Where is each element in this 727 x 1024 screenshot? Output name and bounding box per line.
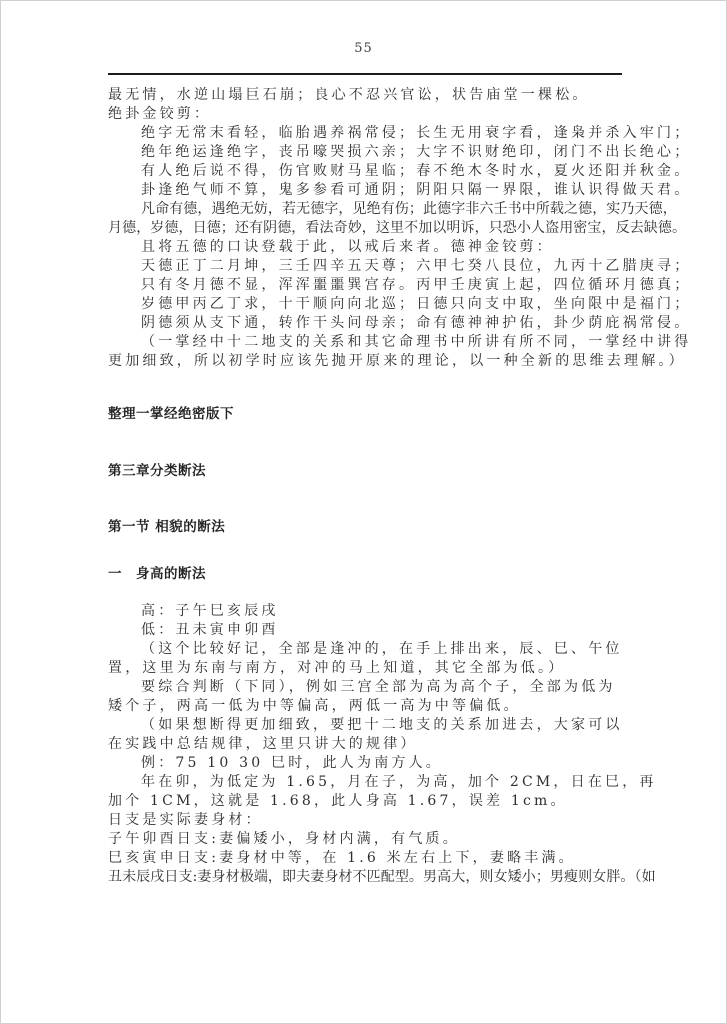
text-line: 绝字无常末看轻，临胎遇养祸常侵；长生无用衰字看，逢枭并杀入牢门；	[108, 124, 651, 143]
text-line: 有人绝后说不得，伤官败财马星临；春不绝木冬时水，夏火还阳并秋金。	[108, 162, 651, 181]
text-line: 矮个子，两高一低为中等偏高，两低一高为中等偏低。	[108, 697, 651, 716]
heading-volume-title: 整理一掌经绝密版下	[108, 405, 651, 424]
text-line: 低：丑未寅申卯酉	[108, 621, 651, 640]
text-line: 例：75 10 30 巳时，此人为南方人。	[108, 754, 651, 773]
text-line: （这个比较好记，全部是逢冲的，在手上排出来，辰、巳、午位	[108, 640, 651, 659]
paragraph-height-method: 高：子午巳亥辰戌 低：丑未寅申卯酉 （这个比较好记，全部是逢冲的，在手上排出来，…	[108, 602, 651, 887]
text-line: 要综合判断（下同），例如三宫全部为高为高个子，全部为低为	[108, 678, 651, 697]
text-line: 月德，岁德，日德；还有阴德，看法奇妙，这里不加以明诉，只恐小人盗用密宝，反去缺德…	[108, 219, 651, 238]
text-line: 凡命有德，遇绝无妨，若无德字，见绝有伤；此德字非六壬书中所载之德，实乃天德，	[108, 200, 651, 219]
heading-subsection: 一 身高的断法	[108, 565, 651, 584]
text-line: 丑未辰戌日支:妻身材极端，即夫妻身材不匹配型。男高大，则女矮小；男瘦则女胖。（如	[108, 868, 651, 887]
text-line: 日支是实际妻身材：	[108, 811, 651, 830]
text-line: 加个 1CM，这就是 1.68，此人身高 1.67，误差 1cm。	[108, 792, 651, 811]
text-line: 卦逢绝气师不算，鬼多参看可通阴；阴阳只隔一界限，谁认识得做天君。	[108, 181, 651, 200]
paragraph-jue-gua: 最无情，水逆山塌巨石崩；良心不忍兴官讼，状告庙堂一棵松。 绝卦金铰剪： 绝字无常…	[108, 86, 651, 371]
text-line: 只有冬月德不显，浑浑噩噩巽宫存。丙甲壬庚寅上起，四位循环月德真；	[108, 276, 651, 295]
text-line: 绝年绝运逢绝字，丧吊嚎哭损六亲；大字不识财绝印，闭门不出长绝心；	[108, 143, 651, 162]
text-line: 巳亥寅申日支:妻身材中等，在 1.6 米左右上下，妻略丰满。	[108, 849, 651, 868]
text-line: 子午卯酉日支:妻偏矮小，身材内满，有气质。	[108, 830, 651, 849]
text-line: 阴德须从支下通，转作干头问母亲；命有德神神护佑，卦少荫庇祸常侵。	[108, 314, 651, 333]
header-rule	[108, 73, 622, 75]
text-line: （一掌经中十二地支的关系和其它命理书中所讲有所不同，一掌经中讲得	[108, 333, 651, 352]
document-page: 55 最无情，水逆山塌巨石崩；良心不忍兴官讼，状告庙堂一棵松。 绝卦金铰剪： 绝…	[0, 0, 727, 1024]
text-line: 置，这里为东南与南方，对冲的马上知道，其它全部为低。）	[108, 659, 651, 678]
page-content: 最无情，水逆山塌巨石崩；良心不忍兴官讼，状告庙堂一棵松。 绝卦金铰剪： 绝字无常…	[108, 86, 651, 887]
text-line: 年在卯，为低定为 1.65，月在子，为高，加个 2CM，日在巳，再	[108, 773, 651, 792]
text-line: 且将五德的口诀登载于此，以戒后来者。德神金铰剪：	[108, 238, 651, 257]
heading-section: 第一节 相貌的断法	[108, 518, 651, 537]
text-line: 岁德甲丙乙丁求，十干顺向向北巡；日德只向支中取，坐向限中是福门；	[108, 295, 651, 314]
text-line: 最无情，水逆山塌巨石崩；良心不忍兴官讼，状告庙堂一棵松。	[108, 86, 651, 105]
text-line: 在实践中总结规律，这里只讲大的规律）	[108, 735, 651, 754]
heading-chapter: 第三章分类断法	[108, 462, 651, 481]
page-number: 55	[1, 41, 726, 56]
text-line: 高：子午巳亥辰戌	[108, 602, 651, 621]
text-line: 绝卦金铰剪：	[108, 105, 651, 124]
text-line: 更加细致，所以初学时应该先抛开原来的理论，以一种全新的思维去理解。）	[108, 352, 651, 371]
text-line: 天德正丁二月坤，三壬四辛五天尊；六甲七癸八艮位，九丙十乙腊庚寻；	[108, 257, 651, 276]
text-line: （如果想断得更加细致，要把十二地支的关系加进去，大家可以	[108, 716, 651, 735]
